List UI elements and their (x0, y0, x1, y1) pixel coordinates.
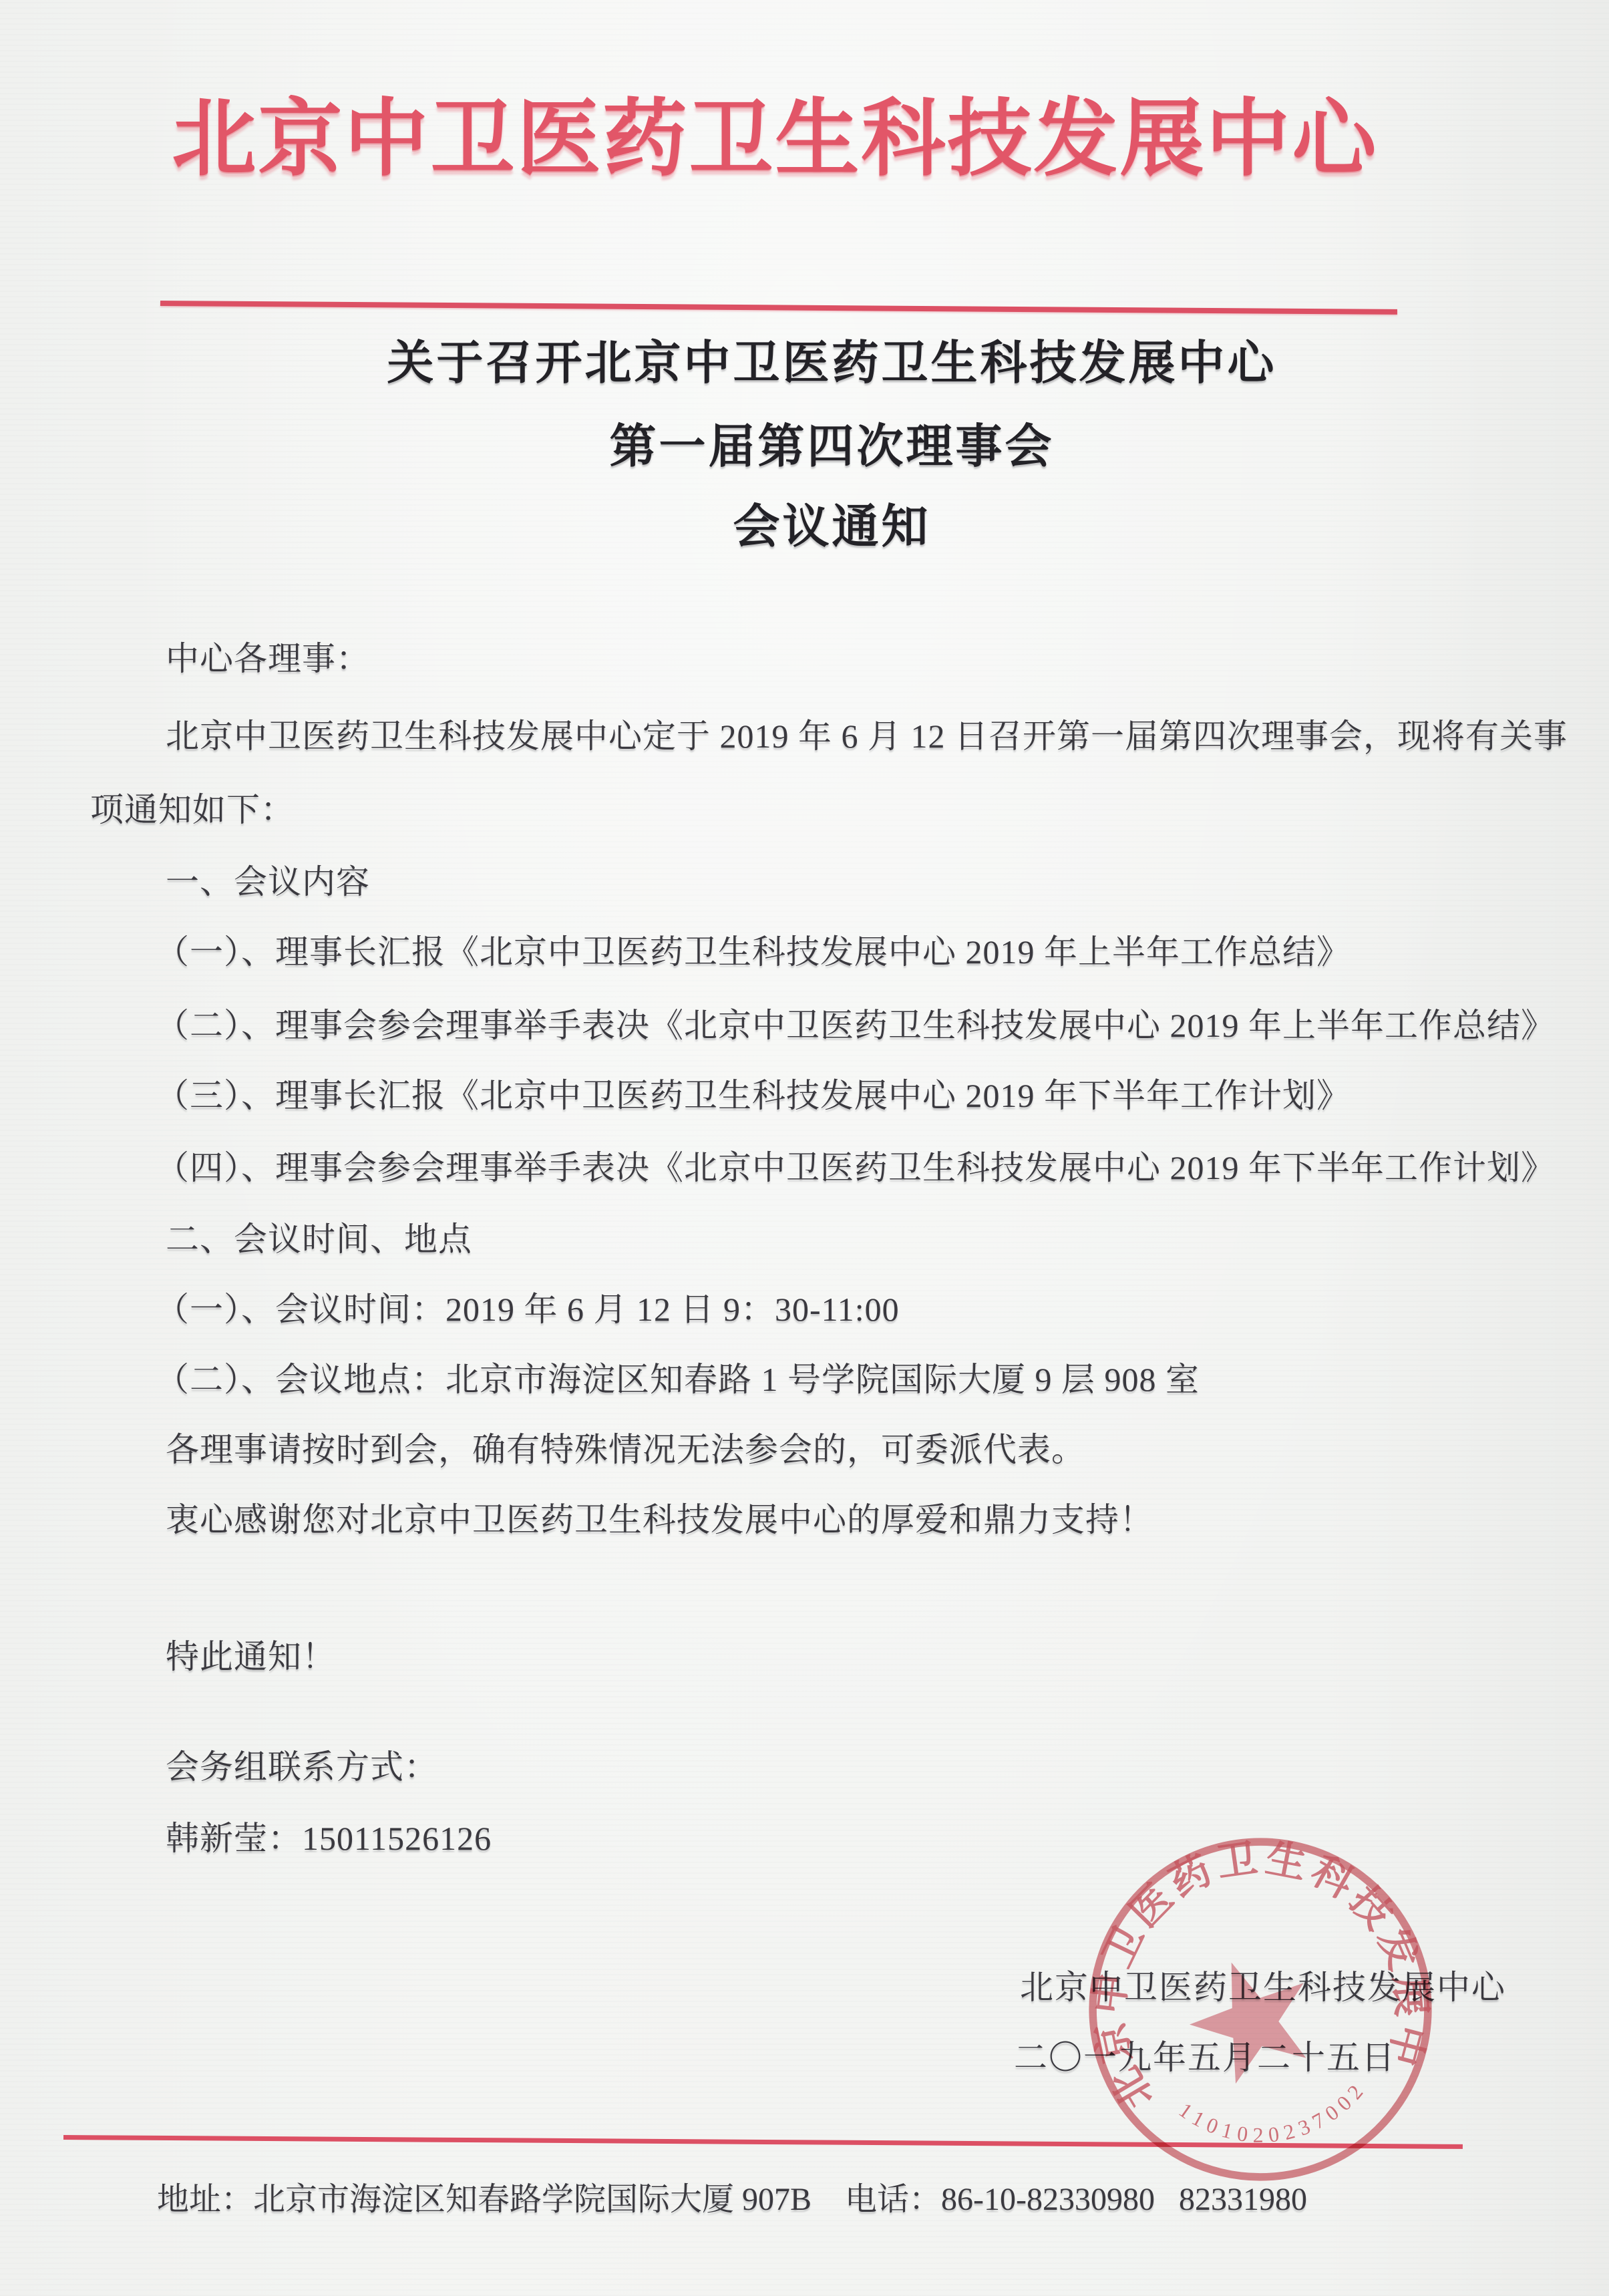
meeting-time-line: （一）、会议时间：2019 年 6 月 12 日 9：30-11:00 (90, 1288, 1598, 1331)
agenda-item-4: （四）、理事会参会理事举手表决《北京中卫医药卫生科技发展中心 2019 年下半年… (90, 1146, 1598, 1189)
intro-line-2: 项通知如下： (90, 788, 1533, 831)
star-icon (1174, 1942, 1328, 2092)
doc-title-line-3: 会议通知 (55, 498, 1609, 558)
attendance-note-line: 各理事请按时到会，确有特殊情况无法参会的，可委派代表。 (90, 1428, 1608, 1471)
agenda-item-2: （二）、理事会参会理事举手表决《北京中卫医药卫生科技发展中心 2019 年上半年… (90, 1004, 1598, 1047)
footer: 地址：北京市海淀区知春路学院国际大厦 907B 电话：86-10-8233098… (0, 2179, 1609, 2222)
contact-heading-line: 会务组联系方式： (90, 1746, 1608, 1788)
thanks-line: 衷心感谢您对北京中卫医药卫生科技发展中心的厚爱和鼎力支持！ (90, 1498, 1608, 1541)
intro-line-1: 北京中卫医药卫生科技发展中心定于 2019 年 6 月 12 日召开第一届第四次… (90, 715, 1608, 758)
letterhead-org-name: 北京中卫医药卫生科技发展中心 (0, 94, 1580, 187)
doc-title-line-2: 第一届第四次理事会 (55, 418, 1609, 478)
letterhead-divider-rule (160, 301, 1397, 315)
agenda-item-3: （三）、理事长汇报《北京中卫医药卫生科技发展中心 2019 年下半年工作计划》 (90, 1074, 1598, 1117)
seal-serial-container: 1101020237002 (1172, 2073, 1377, 2160)
salutation-line: 中心各理事： (90, 637, 1608, 680)
agenda-item-1: （一）、理事长汇报《北京中卫医药卫生科技发展中心 2019 年上半年工作总结》 (90, 931, 1598, 973)
footer-address: 地址：北京市海淀区知春路学院国际大厦 907B (157, 2179, 812, 2221)
meeting-location-line: （二）、会议地点：北京市海淀区知春路 1 号学院国际大厦 9 层 908 室 (90, 1358, 1598, 1401)
doc-title-line-1: 关于召开北京中卫医药卫生科技发展中心 (55, 334, 1609, 394)
notice-line: 特此通知！ (90, 1635, 1608, 1678)
official-seal-stamp: 北京中卫医药卫生科技发展中心 1101020237002 (1061, 1810, 1461, 2210)
seal-ring-text-container: 北京中卫医药卫生科技发展中心 (1061, 1810, 1445, 2124)
section-1-heading: 一、会议内容 (90, 860, 1608, 903)
seal-serial-number: 1101020237002 (1172, 2073, 1377, 2160)
seal-ring-text: 北京中卫医药卫生科技发展中心 (1061, 1810, 1445, 2124)
section-2-heading: 二、会议时间、地点 (90, 1218, 1608, 1261)
document-page: 北京中卫医药卫生科技发展中心 关于召开北京中卫医药卫生科技发展中心 第一届第四次… (0, 0, 1609, 2296)
